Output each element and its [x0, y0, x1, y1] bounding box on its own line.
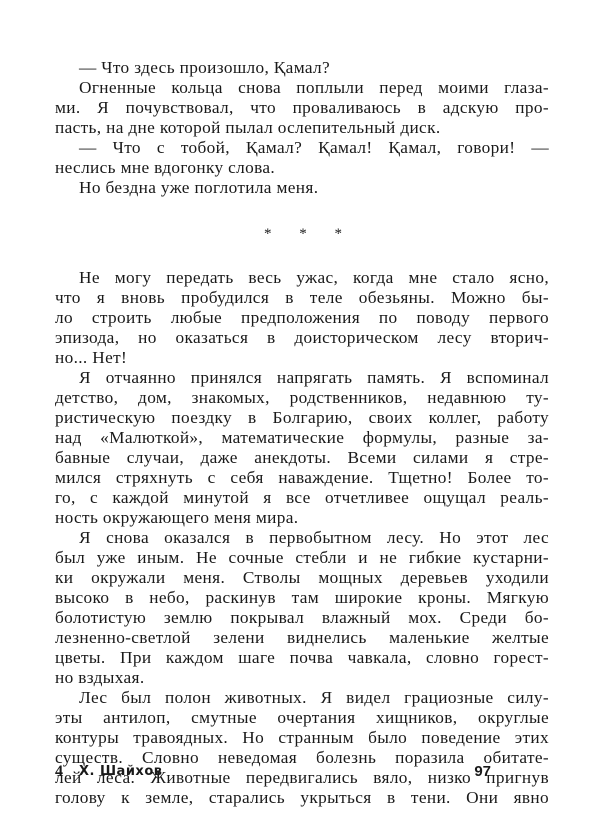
text-line: Лес был полон животных. Я видел грациозн… — [55, 688, 549, 708]
paragraph: Но бездна уже поглотила меня. — [55, 178, 549, 198]
text-line: лезненно-светлой зелени виднелись малень… — [55, 628, 549, 648]
text-block-top: — Что здесь произошло, Қамал?Огненные ко… — [55, 58, 549, 198]
paragraph: — Что здесь произошло, Қамал? — [55, 58, 549, 78]
text-line: эты антилоп, смутные очертания хищников,… — [55, 708, 549, 728]
text-line: ми. Я почувствовал, что проваливаюсь в а… — [55, 98, 549, 118]
text-line: но вздыхая. — [55, 668, 549, 688]
page-footer: 4 Х. Шайхов 97 — [55, 763, 549, 783]
paragraph: Не могу передать весь ужас, когда мне ст… — [55, 268, 549, 368]
text-line: Я снова оказался в первобытном лесу. Но … — [55, 528, 549, 548]
text-line: ристическую поездку в Болгарию, своих ко… — [55, 408, 549, 428]
text-line: высоко в небо, раскинув там широкие крон… — [55, 588, 549, 608]
text-line: цветы. При каждом шаге почва чавкала, сл… — [55, 648, 549, 668]
text-line: болотистую землю покрывал влажный мох. С… — [55, 608, 549, 628]
paragraph: Огненные кольца снова поплыли перед моим… — [55, 78, 549, 138]
text-block-bottom: Не могу передать весь ужас, когда мне ст… — [55, 268, 549, 808]
text-line: был уже иным. Не сочные стебли и не гибк… — [55, 548, 549, 568]
text-line: ки окружали меня. Стволы мощных деревьев… — [55, 568, 549, 588]
text-line: бавные случаи, даже анекдоты. Всеми сила… — [55, 448, 549, 468]
text-line: — Что здесь произошло, Қамал? — [55, 58, 549, 78]
text-line: что я вновь пробудился в теле обезьяны. … — [55, 288, 549, 308]
text-line: Но бездна уже поглотила меня. — [55, 178, 549, 198]
text-line: неслись мне вдогонку слова. — [55, 158, 549, 178]
text-line: ность окружающего меня мира. — [55, 508, 549, 528]
text-line: над «Малюткой», математические формулы, … — [55, 428, 549, 448]
text-line: ло строить любые предположения по поводу… — [55, 308, 549, 328]
text-line: — Что с тобой, Қамал? Қамал! Қамал, гово… — [55, 138, 549, 158]
text-line: детство, дом, знакомых, родственников, н… — [55, 388, 549, 408]
paragraph: Я снова оказался в первобытном лесу. Но … — [55, 528, 549, 688]
text-line: но... Нет! — [55, 348, 549, 368]
paragraph: — Что с тобой, Қамал? Қамал! Қамал, гово… — [55, 138, 549, 178]
text-line: го, с каждой минутой я все отчетливее ощ… — [55, 488, 549, 508]
page-number: 97 — [474, 763, 491, 780]
paragraph: Я отчаянно принялся напрягать память. Я … — [55, 368, 549, 528]
text-line: мился стряхнуть с себя наваждение. Тщетн… — [55, 468, 549, 488]
text-line: эпизода, но оказаться в доисторическом л… — [55, 328, 549, 348]
text-line: контуры травоядных. Но странным было пов… — [55, 728, 549, 748]
signature-mark: 4 — [55, 763, 63, 781]
text-line: пасть, на дне которой пылал ослепительны… — [55, 118, 549, 138]
text-line: Огненные кольца снова поплыли перед моим… — [55, 78, 549, 98]
author-name: Х. Шайхов — [79, 764, 162, 779]
page-body: — Что здесь произошло, Қамал?Огненные ко… — [55, 58, 549, 808]
text-line: голову к земле, старались укрыться в тен… — [55, 788, 549, 808]
text-line: Не могу передать весь ужас, когда мне ст… — [55, 268, 549, 288]
section-separator: * * * — [55, 224, 549, 244]
text-line: Я отчаянно принялся напрягать память. Я … — [55, 368, 549, 388]
paragraph: Лес был полон животных. Я видел грациозн… — [55, 688, 549, 808]
